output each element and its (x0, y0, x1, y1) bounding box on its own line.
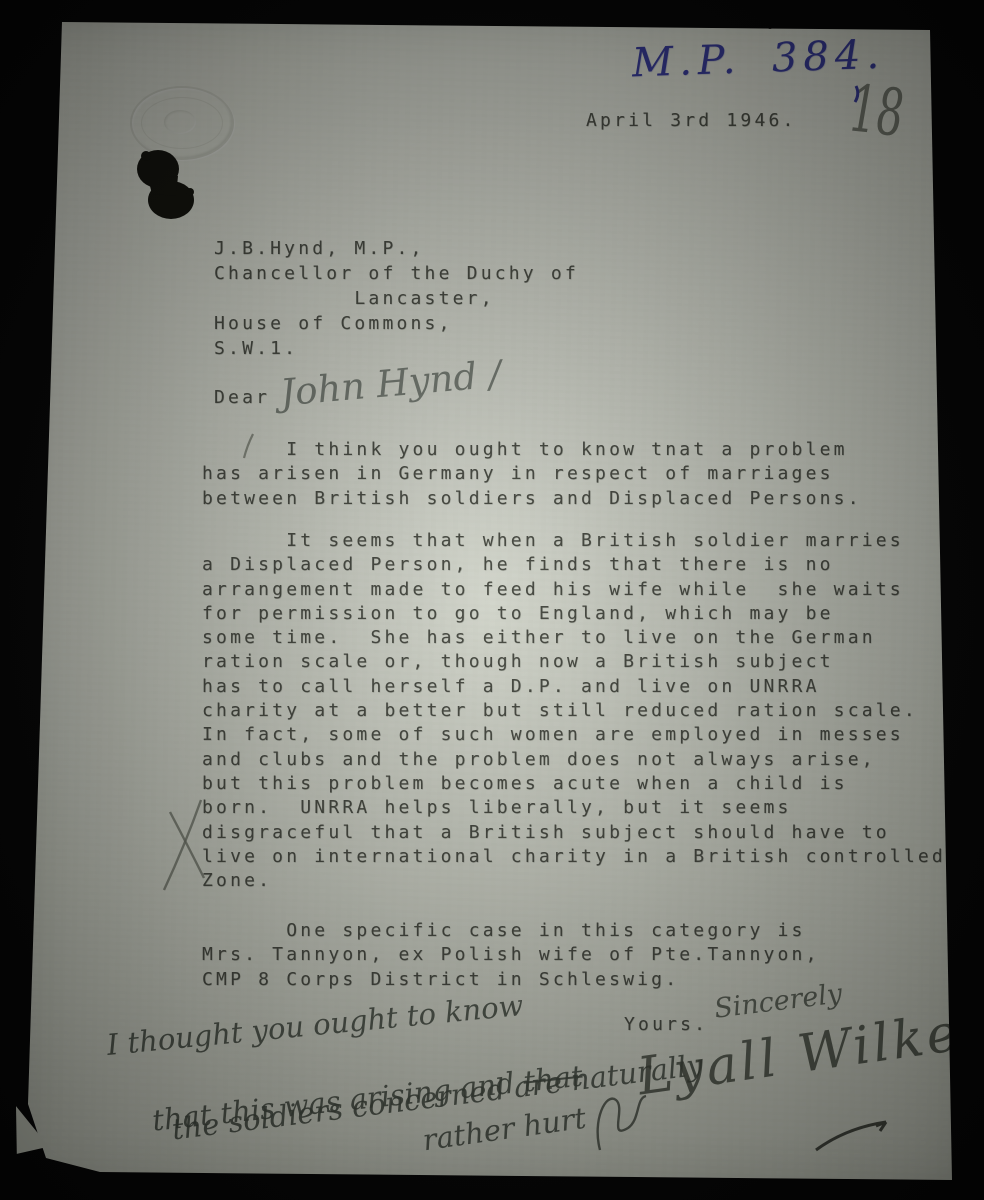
folio-number: 18 (849, 70, 906, 152)
paragraph-1: I think you ought to know tnat a problem… (202, 438, 862, 511)
ink-flourish (598, 1096, 646, 1150)
salutation-typed: Dear (214, 386, 270, 410)
scan-speck (556, 20, 561, 24)
closing-typed: Yours. (624, 1013, 708, 1037)
paragraph-2: It seems that when a British soldier mar… (202, 529, 946, 893)
scan-speck (768, 26, 772, 29)
scan-speck (590, 23, 593, 26)
paragraph-3: One specific case in this category is Mr… (202, 919, 820, 992)
salutation-handwritten: John Hynd / (279, 352, 503, 414)
embossed-seal (130, 86, 234, 160)
ref-number-handwritten: M.P. 384. (631, 32, 885, 87)
margin-x-mark (164, 800, 204, 890)
letter-date: April 3rd 1946. (586, 109, 797, 133)
letter-paper: M.P. 384. 18 April 3rd 1946. J.B.Hynd, M… (0, 0, 984, 1200)
letter-scan: M.P. 384. 18 April 3rd 1946. J.B.Hynd, M… (0, 0, 984, 1200)
recipient-address: J.B.Hynd, M.P., Chancellor of the Duchy … (214, 236, 579, 361)
ink-blot (137, 150, 194, 219)
signature-underline (816, 1122, 886, 1150)
